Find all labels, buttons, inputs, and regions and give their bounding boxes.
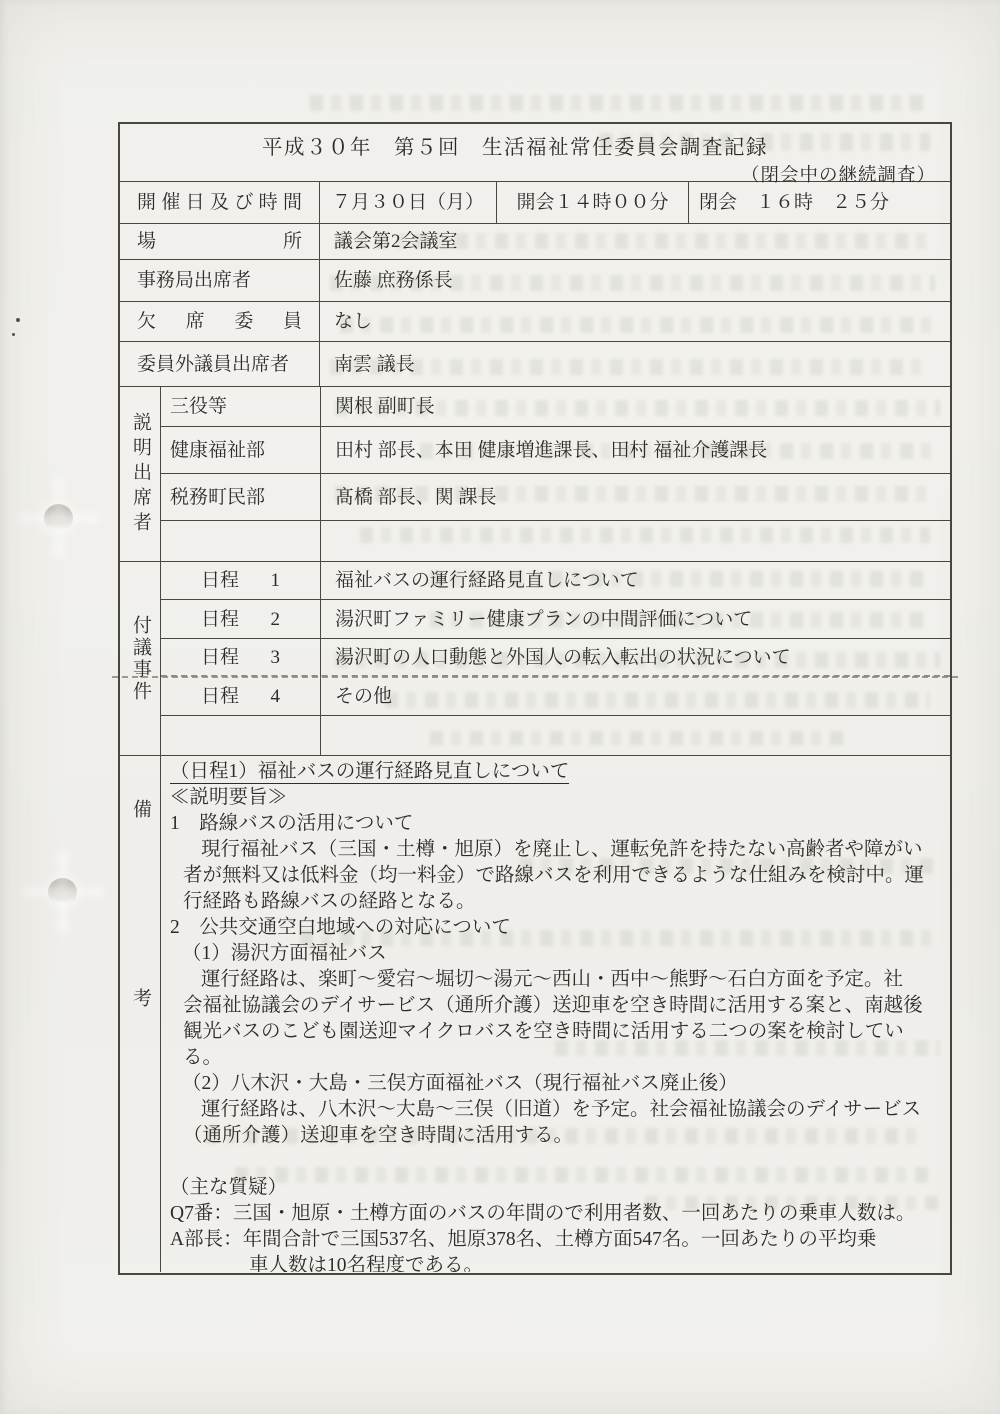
meeting-record-table: 平成３０年 第５回 生活福祉常任委員会調査記録 （閉会中の継続調査） 開催日及び… [118, 122, 952, 1275]
attendee-group-label: 健康福祉部 [161, 427, 321, 474]
remarks-heading-underlined: （日程1）福祉バスの運行経路見直しについて [170, 759, 946, 785]
agenda-section: 付議事件 日程1 福祉バスの運行経路見直しについて 日程2 湯沢町ファミリー健康… [120, 562, 950, 756]
remarks-blank-line [170, 1149, 946, 1175]
remarks-line: 会福祉協議会のデイサービス（通所介護）送迎車を空き時間に活用する案と、南越後 [183, 993, 946, 1019]
remarks-line: ≪説明要旨≫ [170, 785, 946, 811]
scanned-page: { "colors": {"paper":"#f1f0ec","ink":"#2… [0, 0, 1000, 1414]
attendee-names: 関根 副町長 [321, 387, 950, 427]
remarks-line: （通所介護）送迎車を空き時間に活用する。 [183, 1123, 946, 1149]
attendee-row: 三役等 関根 副町長 [161, 387, 950, 427]
agenda-no: 日程3 [161, 639, 321, 677]
remarks-line: A部長：年間合計で三国537名、旭原378名、土樽方面547名。一回あたりの平均… [170, 1227, 946, 1253]
attendee-row-empty [161, 521, 950, 562]
agenda-no: 日程2 [161, 600, 321, 639]
agenda-vertical-label: 付議事件 [120, 562, 161, 755]
attendee-group-label [161, 521, 321, 562]
agenda-item: 湯沢町の人口動態と外国人の転入転出の状況について [321, 639, 950, 677]
remarks-line: 2 公共交通空白地域への対応について [170, 915, 946, 941]
remarks-line: Q7番：三国・旭原・土樽方面のバスの年間ので利用者数、一回あたりの乗車人数は。 [170, 1201, 946, 1227]
remarks-line: （2）八木沢・大島・三俣方面福祉バス（現行福祉バス廃止後） [182, 1071, 946, 1097]
remarks-body: （日程1）福祉バスの運行経路見直しについて ≪説明要旨≫ 1 路線バスの活用につ… [161, 756, 950, 1272]
open-time-cell: 開会１４時００分 [497, 182, 689, 223]
remarks-line: 運行経路は、楽町～愛宕～堀切～湯元～西山・西中～熊野～石白方面を予定。社 [201, 967, 946, 993]
row-secretariat: 事務局出席者 佐藤 庶務係長 [120, 260, 950, 302]
agenda-row-empty [161, 716, 950, 756]
remarks-line: （1）湯沢方面福祉バス [182, 941, 946, 967]
attendee-row: 健康福祉部 田村 部長、本田 健康増進課長、田村 福祉介護課長 [161, 427, 950, 474]
agenda-row: 日程2 湯沢町ファミリー健康プランの中間評価について [161, 600, 950, 639]
agenda-no: 日程1 [161, 562, 321, 600]
date-cell: ７月３０日（月） [320, 182, 497, 223]
remarks-line: 1 路線バスの活用について [170, 811, 946, 837]
attendee-names: 田村 部長、本田 健康増進課長、田村 福祉介護課長 [321, 427, 950, 474]
attendees-vertical-label: 説明出席者 [120, 387, 161, 561]
remarks-line: る。 [183, 1045, 946, 1071]
close-time-cell: 閉会 １６時 ２５分 [689, 182, 950, 223]
agenda-item: その他 [321, 677, 950, 716]
attendees-rows: 三役等 関根 副町長 健康福祉部 田村 部長、本田 健康増進課長、田村 福祉介護… [161, 387, 950, 561]
attendee-names: 髙橋 部長、関 課長 [321, 474, 950, 521]
agenda-row: 日程3 湯沢町の人口動態と外国人の転入転出の状況について [161, 639, 950, 677]
remarks-line: 運行経路は、八木沢～大島～三俣（旧道）を予定。社会福祉協議会のデイサービス [201, 1097, 946, 1123]
datetime-label: 開催日及び時間 [120, 182, 320, 223]
agenda-item [321, 716, 950, 756]
attendee-row: 税務町民部 髙橋 部長、関 課長 [161, 474, 950, 521]
remarks-vertical-label: 備考 [120, 756, 161, 1272]
remarks-section: 備考 （日程1）福祉バスの運行経路見直しについて ≪説明要旨≫ 1 路線バスの活… [120, 756, 950, 1272]
attendees-section: 説明出席者 三役等 関根 副町長 健康福祉部 田村 部長、本田 健康増進課長、田… [120, 387, 950, 562]
secretariat-label: 事務局出席者 [120, 260, 320, 301]
nonmember-value: 南雲 議長 [320, 342, 950, 386]
remarks-line: （主な質疑） [170, 1175, 946, 1201]
bleedthrough-artifact [310, 95, 930, 111]
nonmember-label: 委員外議員出席者 [120, 342, 320, 386]
ink-speck [12, 333, 15, 336]
fold-crease-line [112, 676, 958, 678]
remarks-line: 現行福祉バス（三国・土樽・旭原）を廃止し、運転免許を持たない高齢者や障がい [201, 837, 946, 863]
hole-punch-bottom [48, 878, 77, 906]
row-absent-members: 欠席委員 なし [120, 302, 950, 342]
attendee-group-label: 三役等 [161, 387, 321, 427]
agenda-row: 日程1 福祉バスの運行経路見直しについて [161, 562, 950, 600]
agenda-item: 湯沢町ファミリー健康プランの中間評価について [321, 600, 950, 639]
place-label: 場所 [120, 224, 320, 259]
title-row: 平成３０年 第５回 生活福祉常任委員会調査記録 （閉会中の継続調査） [120, 124, 950, 182]
absent-value: なし [320, 302, 950, 341]
agenda-rows: 日程1 福祉バスの運行経路見直しについて 日程2 湯沢町ファミリー健康プランの中… [161, 562, 950, 755]
row-datetime: 開催日及び時間 ７月３０日（月） 開会１４時００分 閉会 １６時 ２５分 [120, 182, 950, 224]
remarks-line: 観光バスのこども園送迎マイクロバスを空き時間に活用する二つの案を検討してい [183, 1019, 946, 1045]
agenda-row: 日程4 その他 [161, 677, 950, 716]
remarks-line: 者が無料又は低料金（均一料金）で路線バスを利用できるような仕組みを検討中。運 [183, 863, 946, 889]
agenda-item: 福祉バスの運行経路見直しについて [321, 562, 950, 600]
place-value: 議会第2会議室 [320, 224, 950, 259]
agenda-no: 日程4 [161, 677, 321, 716]
hole-punch-top [44, 504, 73, 532]
row-nonmember-councilors: 委員外議員出席者 南雲 議長 [120, 342, 950, 387]
attendee-names [321, 521, 950, 562]
absent-label: 欠席委員 [120, 302, 320, 341]
ink-speck [16, 318, 20, 322]
secretariat-value: 佐藤 庶務係長 [320, 260, 950, 301]
agenda-no [161, 716, 321, 756]
remarks-line: 車人数は10名程度である。 [249, 1253, 946, 1272]
row-place: 場所 議会第2会議室 [120, 224, 950, 260]
attendee-group-label: 税務町民部 [161, 474, 321, 521]
record-title: 平成３０年 第５回 生活福祉常任委員会調査記録 [120, 124, 950, 160]
remarks-line: 行経路も路線バスの経路となる。 [183, 889, 946, 915]
